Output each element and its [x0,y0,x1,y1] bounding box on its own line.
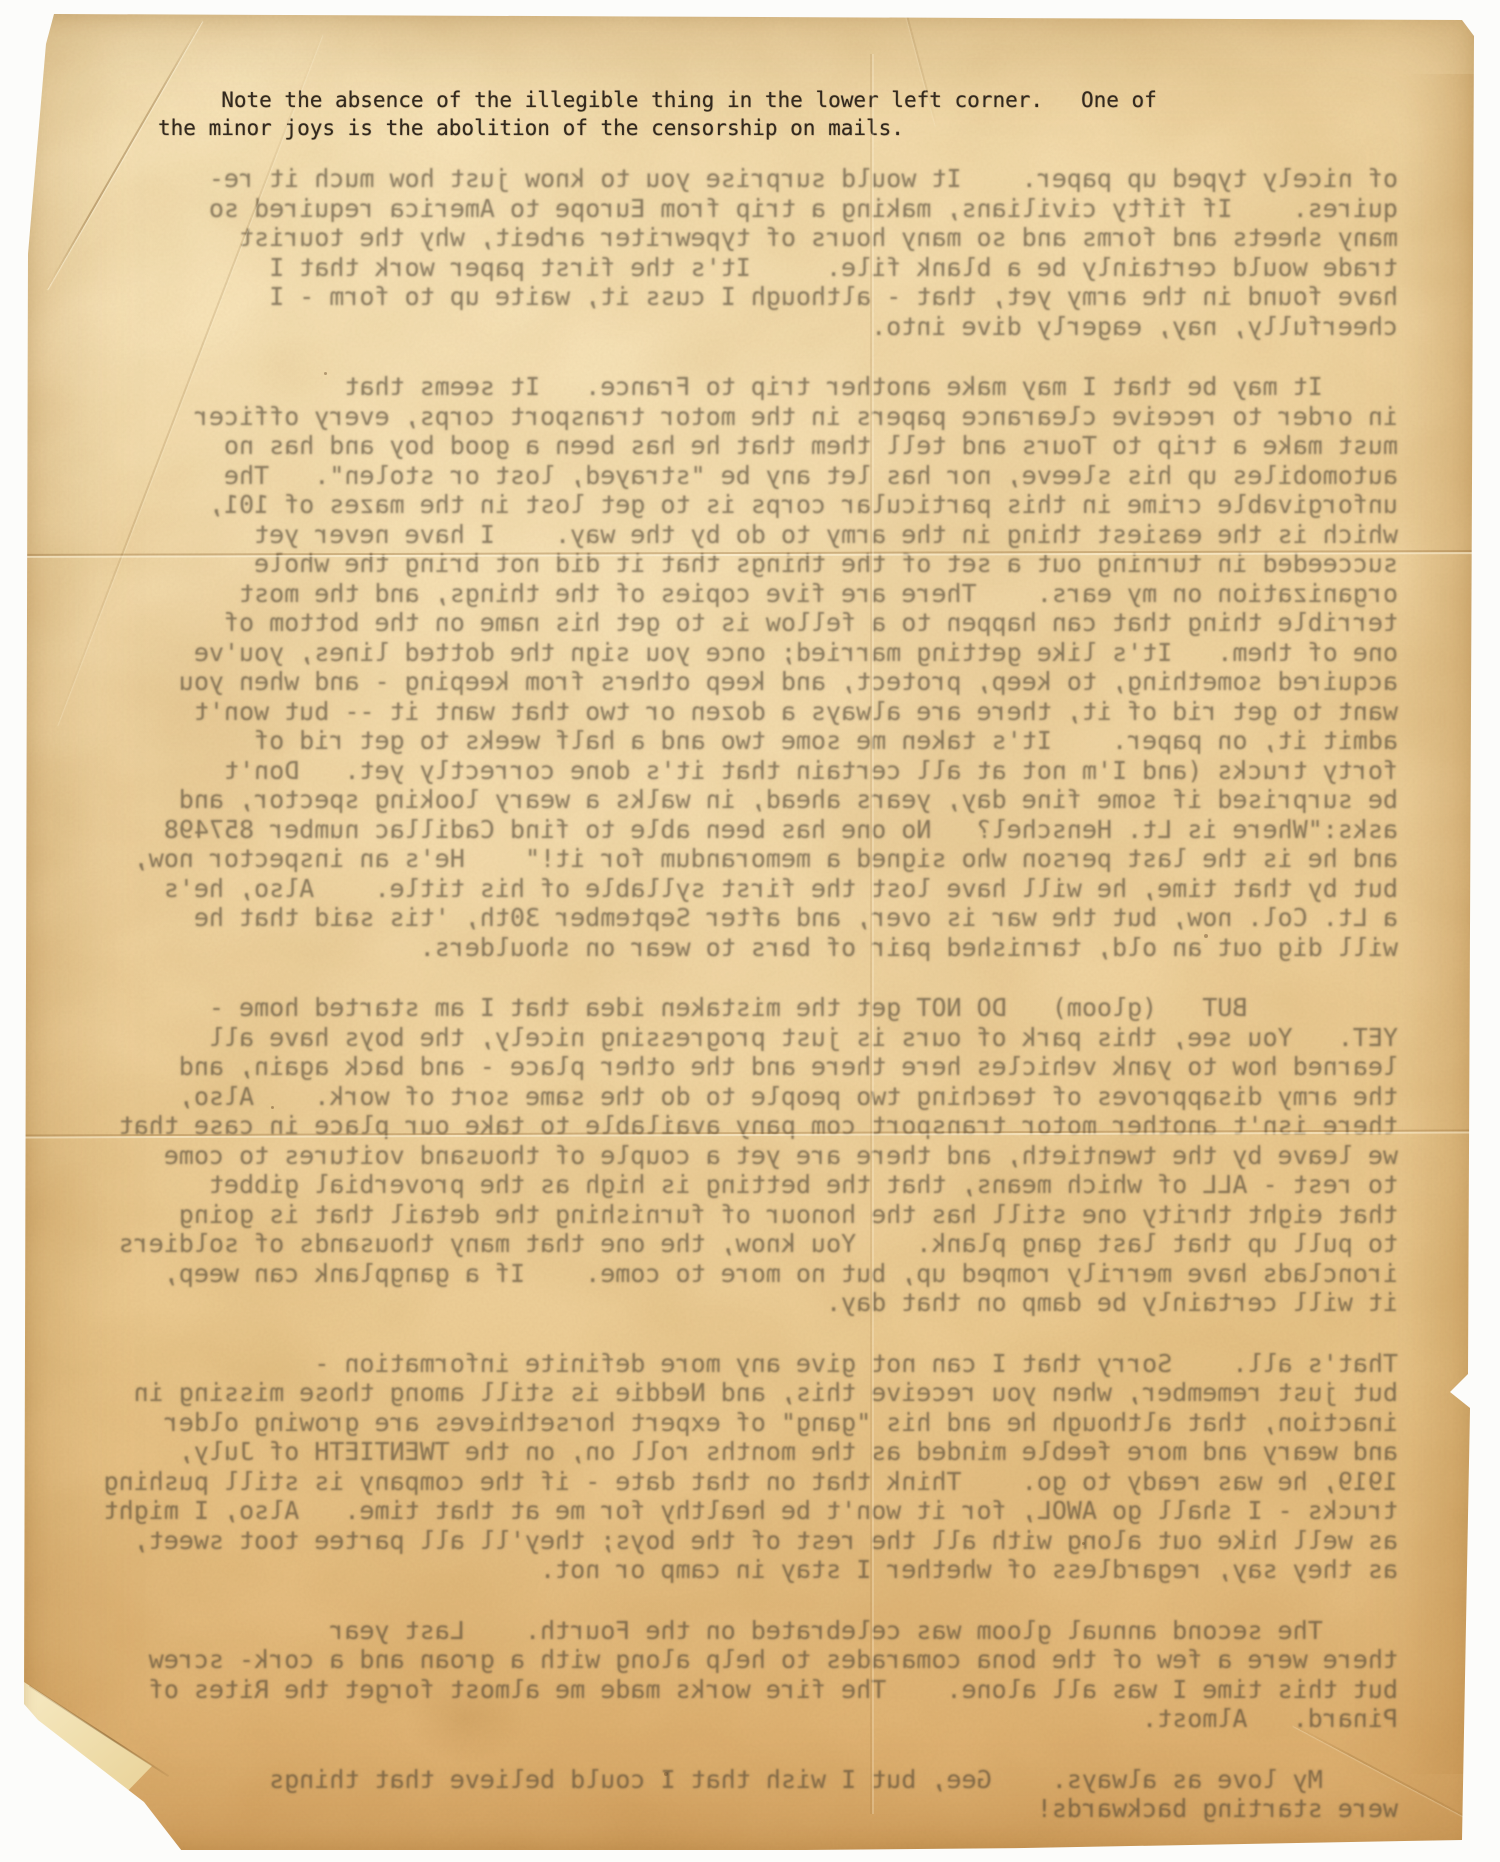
letter-paper: of nicely typed up paper. It would surpr… [24,14,1476,1850]
text-line: cheerfully, nay, eagerly dive into. [76,312,1398,342]
text-line: My love as always. Gee, but I wish that … [76,1765,1398,1795]
text-line: in order to receive clearance papers in … [76,402,1398,432]
front-note-text: Note the absence of the illegible thing … [158,86,1157,142]
text-line: as well hike out along with all the rest… [76,1526,1398,1556]
text-line: It may be that I may make another trip t… [76,372,1398,402]
text-line: and weary and more feeble minded as the … [76,1437,1398,1467]
scan-background: of nicely typed up paper. It would surpr… [0,0,1500,1862]
text-line: that eight thrity one still has the hono… [76,1200,1398,1230]
text-line: the minor joys is the abolition of the c… [158,114,1157,142]
bleed-paragraph: My love as always. Gee, but I wish that … [76,1765,1398,1824]
text-line: forty trucks (and I'm not at all certain… [76,756,1398,786]
text-line: That's all. Sorry that I can not give an… [76,1349,1398,1379]
text-line: 1919, he was ready to go. Think that on … [76,1467,1398,1497]
text-line: learned how to yank vehicles here there … [76,1052,1398,1082]
text-line: but this time I was all alone. The fire … [76,1675,1398,1705]
text-line: it will certainly be damp on that day. [76,1288,1398,1318]
text-line: must make a trip to Tours and tell them … [76,431,1398,461]
text-line: terrible thing that can happen to a fell… [76,608,1398,638]
text-line: which is the easiest thing in the army t… [76,520,1398,550]
bleed-paragraph: It may be that I may make another trip t… [76,372,1398,962]
text-line: trucks - I shall go AWOL, for it won't b… [76,1496,1398,1526]
text-line: were starting backwards! [76,1794,1398,1824]
text-line: asks:"Where is Lt. Henschel? No one has … [76,815,1398,845]
text-line: many sheets and forms and so many hours … [76,223,1398,253]
bleed-paragraph: The second annual gloom was celebrated o… [76,1616,1398,1734]
text-line: but by that time, he will have lost the … [76,874,1398,904]
text-line: to pull up that last gang plank. You kno… [76,1229,1398,1259]
text-line: a Lt. Col. now, but the war is over, and… [76,903,1398,933]
text-line: want to get rid of it, there are always … [76,697,1398,727]
text-line: to rest - ALL of which means, that the b… [76,1170,1398,1200]
text-line: trade would certainly be a blank file. I… [76,253,1398,283]
text-line: Note the absence of the illegible thing … [158,86,1157,114]
text-line: one of them. It's like getting married; … [76,638,1398,668]
text-line: there were a few of the bona comarades t… [76,1645,1398,1675]
text-line: and he is the last person who signed a m… [76,844,1398,874]
text-line: have found in the army yet, that - altho… [76,282,1398,312]
text-line: be surprised if some fine day, years ahe… [76,785,1398,815]
bleed-paragraph: That's all. Sorry that I can not give an… [76,1349,1398,1585]
text-line: acquired something, to keep, protect, an… [76,667,1398,697]
paper-edge-shading [1404,74,1500,1774]
text-line: inaction, that although he and his "gang… [76,1408,1398,1438]
text-line: automobiles up his sleeve, nor has let a… [76,461,1398,491]
text-line: succeeded in turning out a set of the th… [76,549,1398,579]
text-line: quires. If fifty civilians, making a tri… [76,194,1398,224]
text-line: of nicely typed up paper. It would surpr… [76,164,1398,194]
bleed-paragraph: BUT (gloom) DO NOT get the mistaken idea… [76,993,1398,1318]
text-line: but just remember, when you receive this… [76,1378,1398,1408]
bleed-paragraph: of nicely typed up paper. It would surpr… [76,164,1398,341]
text-line: Pinard. Almost. [76,1704,1398,1734]
text-line: organization on my ears. There are five … [76,579,1398,609]
text-line: as they say, regardless of whether I sta… [76,1555,1398,1585]
text-line: The second annual gloom was celebrated o… [76,1616,1398,1646]
text-line: will dig out an old, tarnished pair of b… [76,933,1398,963]
text-line: YET. You see, this park of ours is just … [76,1023,1398,1053]
text-line: we leave by the twentieth, and there are… [76,1141,1398,1171]
text-line: BUT (gloom) DO NOT get the mistaken idea… [76,993,1398,1023]
text-line: admit it, on paper. It's taken me some t… [76,726,1398,756]
text-line: there isn't another motor transport com … [76,1111,1398,1141]
text-line: ironclads have merrily romped up, but no… [76,1259,1398,1289]
text-line: unforgivable crime in this particular co… [76,490,1398,520]
bleed-through-text: of nicely typed up paper. It would surpr… [76,164,1398,1824]
text-line: the army disapproves of teaching two peo… [76,1082,1398,1112]
